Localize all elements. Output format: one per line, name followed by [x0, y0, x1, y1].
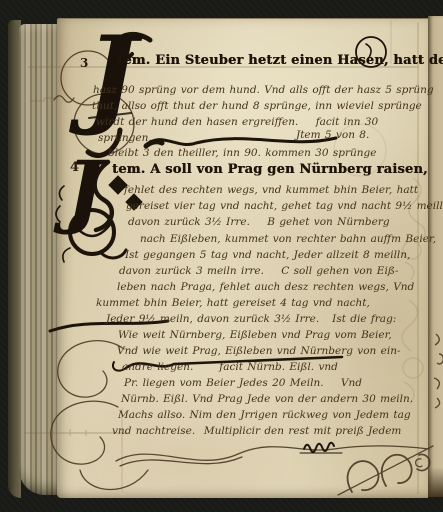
text-line: leben nach Praga, fehlet auch desz recht… — [117, 281, 414, 293]
text-line: bleibt 3 den theiller, inn 90. kommen 30… — [108, 147, 376, 159]
decorated-initial-1: J — [86, 22, 137, 130]
text-line: Vnd wie weit Prag, Eißleben vnd Nürnberg… — [117, 345, 401, 357]
text-line: nach Eißleben, kummet von rechter bahn a… — [140, 233, 436, 245]
side-note: Jtem 5 von 8. — [296, 129, 369, 141]
text-line: Jeder 9½ meiln, davon zurück 3½ Irre. Is… — [106, 313, 396, 325]
text-line: davon zurück 3 meiln irre. C soll gehen … — [119, 265, 398, 277]
text-line: sprüngen. — [98, 132, 152, 144]
text-line: Machs allso. Nim den Jrrigen rückweg von… — [118, 409, 411, 421]
text-line: thut, allso offt thut der hund 8 sprünge… — [92, 100, 422, 112]
text-line: andre liegen. facit Nürnb. Eißl. vnd — [122, 361, 338, 373]
manuscript-scan: 3 4 J J tem. Ein Steuber hetzt einen Has… — [0, 0, 443, 512]
text-line: Wie weit Nürnberg, Eißleben vnd Prag vom… — [118, 329, 392, 341]
text-line: davon zurück 3½ Irre. B gehet von Nürnbe… — [128, 216, 390, 228]
text-line: Pr. liegen vom Beier Jedes 20 Meiln. Vnd — [124, 377, 362, 389]
section2-heading: tem. A soll von Prag gen Nürnberg raisen… — [112, 162, 428, 177]
text-line: fehlet des rechten wegs, vnd kummet bhin… — [124, 184, 418, 196]
text-line: kummet bhin Beier, hatt gereiset 4 tag v… — [96, 297, 370, 309]
decorated-initial-2: J — [66, 150, 104, 230]
text-line: gereiset vier tag vnd nacht, gehet tag v… — [126, 200, 443, 212]
text-line: vnd nachtreise. Multiplicir den rest mit… — [112, 425, 401, 437]
text-line: hasz 90 sprüng vor dem hund. Vnd alls of… — [93, 84, 434, 96]
page-edge-stack — [19, 24, 60, 495]
section1-heading: tem. Ein Steuber hetzt einen Hasen, hatt… — [117, 53, 443, 68]
text-line: Ist gegangen 5 tag vnd nacht, Jeder allz… — [125, 249, 410, 261]
text-line: wirdt der hund den hasen ergreiffen. fac… — [96, 116, 378, 128]
text-line: Nürnb. Eißl. Vnd Prag Jede von der ander… — [121, 393, 413, 405]
